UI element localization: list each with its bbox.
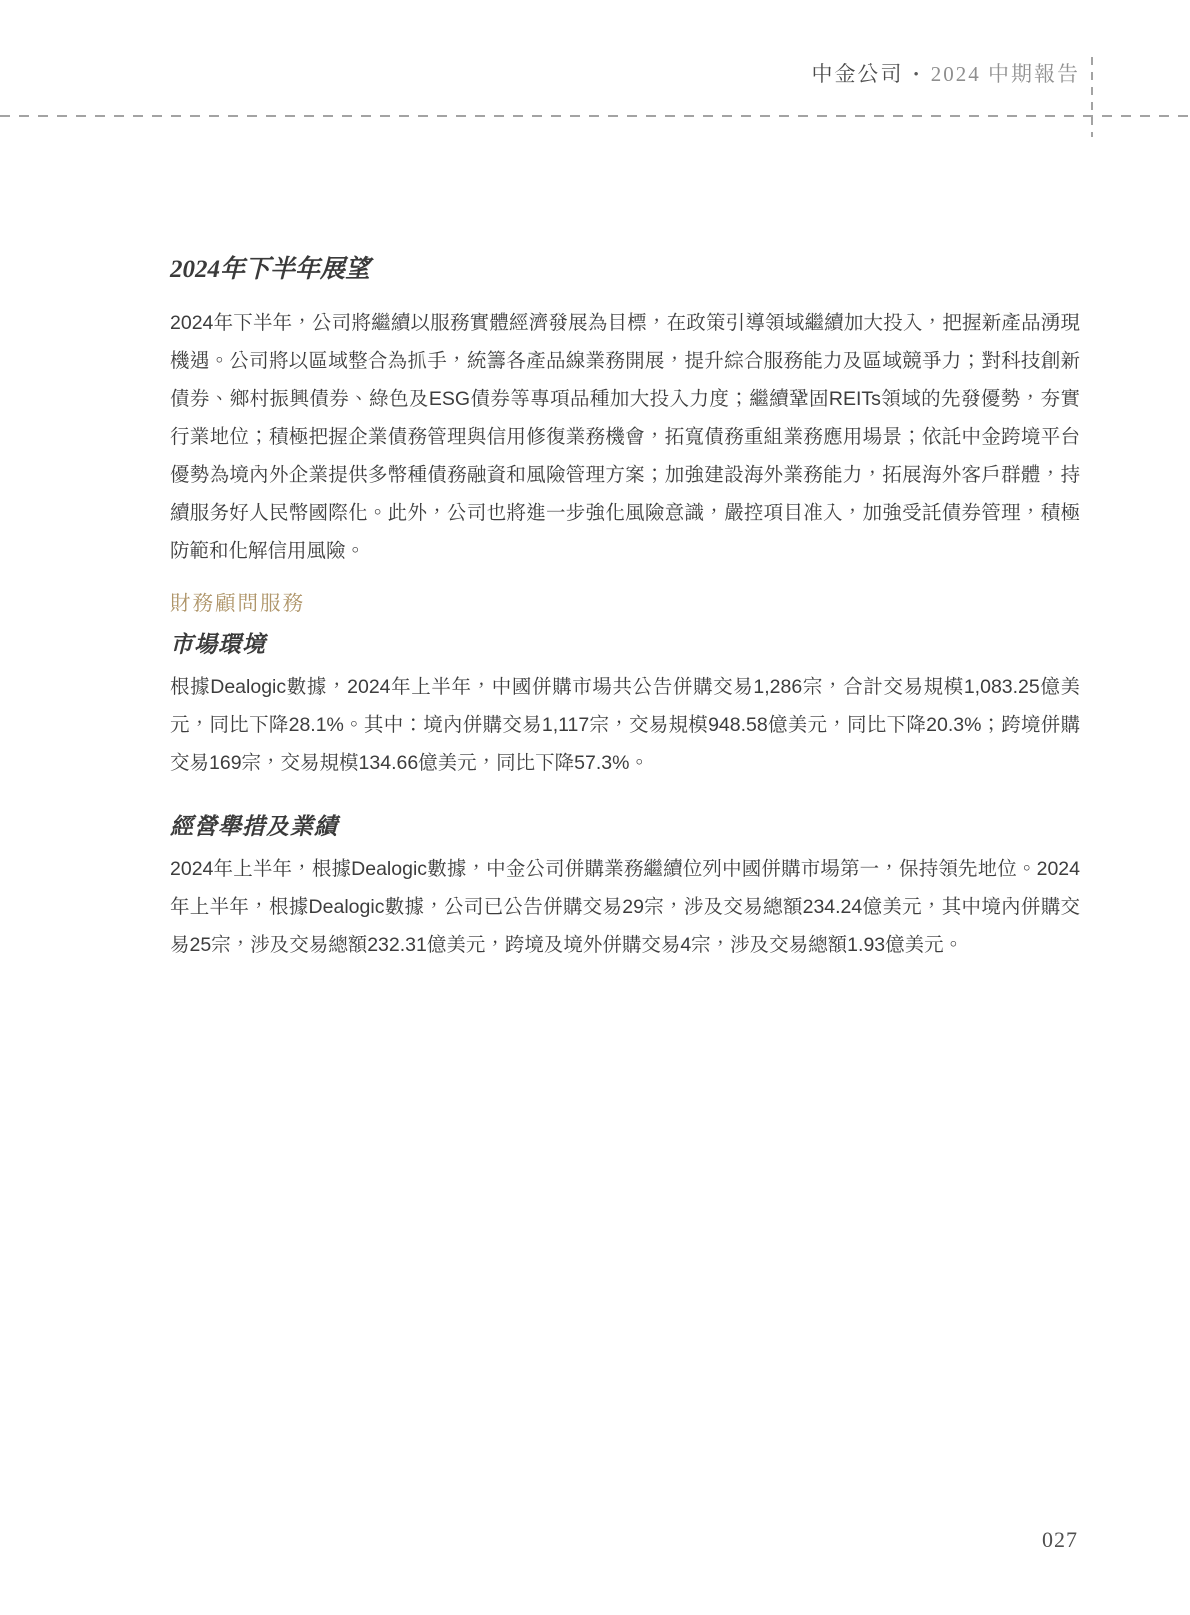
report-page: 中金公司•2024 中期報告 2024年下半年展望 2024年下半年，公司將繼續… xyxy=(0,0,1190,1615)
vertical-dashed-rule xyxy=(1091,57,1093,137)
subsection-title-market-environment: 市場環境 xyxy=(170,630,1080,660)
section-title-outlook: 2024年下半年展望 xyxy=(170,252,1080,288)
market-environment-paragraph: 根據Dealogic數據，2024年上半年，中國併購市場共公告併購交易1,286… xyxy=(170,668,1080,782)
header-company-name: 中金公司 xyxy=(811,62,903,86)
content-column: 2024年下半年展望 2024年下半年，公司將繼續以服務實體經濟發展為目標，在政… xyxy=(170,252,1080,964)
page-header: 中金公司•2024 中期報告 xyxy=(811,58,1080,88)
operations-results-paragraph: 2024年上半年，根據Dealogic數據，中金公司併購業務繼續位列中國併購市場… xyxy=(170,850,1080,964)
subsection-title-operations-results: 經營舉措及業績 xyxy=(170,812,1080,842)
horizontal-dashed-rule xyxy=(0,115,1190,117)
section-heading-financial-advisory: 財務顧問服務 xyxy=(170,590,1080,618)
header-bullet-separator: • xyxy=(913,67,920,83)
outlook-paragraph: 2024年下半年，公司將繼續以服務實體經濟發展為目標，在政策引導領域繼續加大投入… xyxy=(170,304,1080,570)
header-report-title: 2024 中期報告 xyxy=(931,62,1080,86)
page-number: 027 xyxy=(1042,1527,1078,1553)
